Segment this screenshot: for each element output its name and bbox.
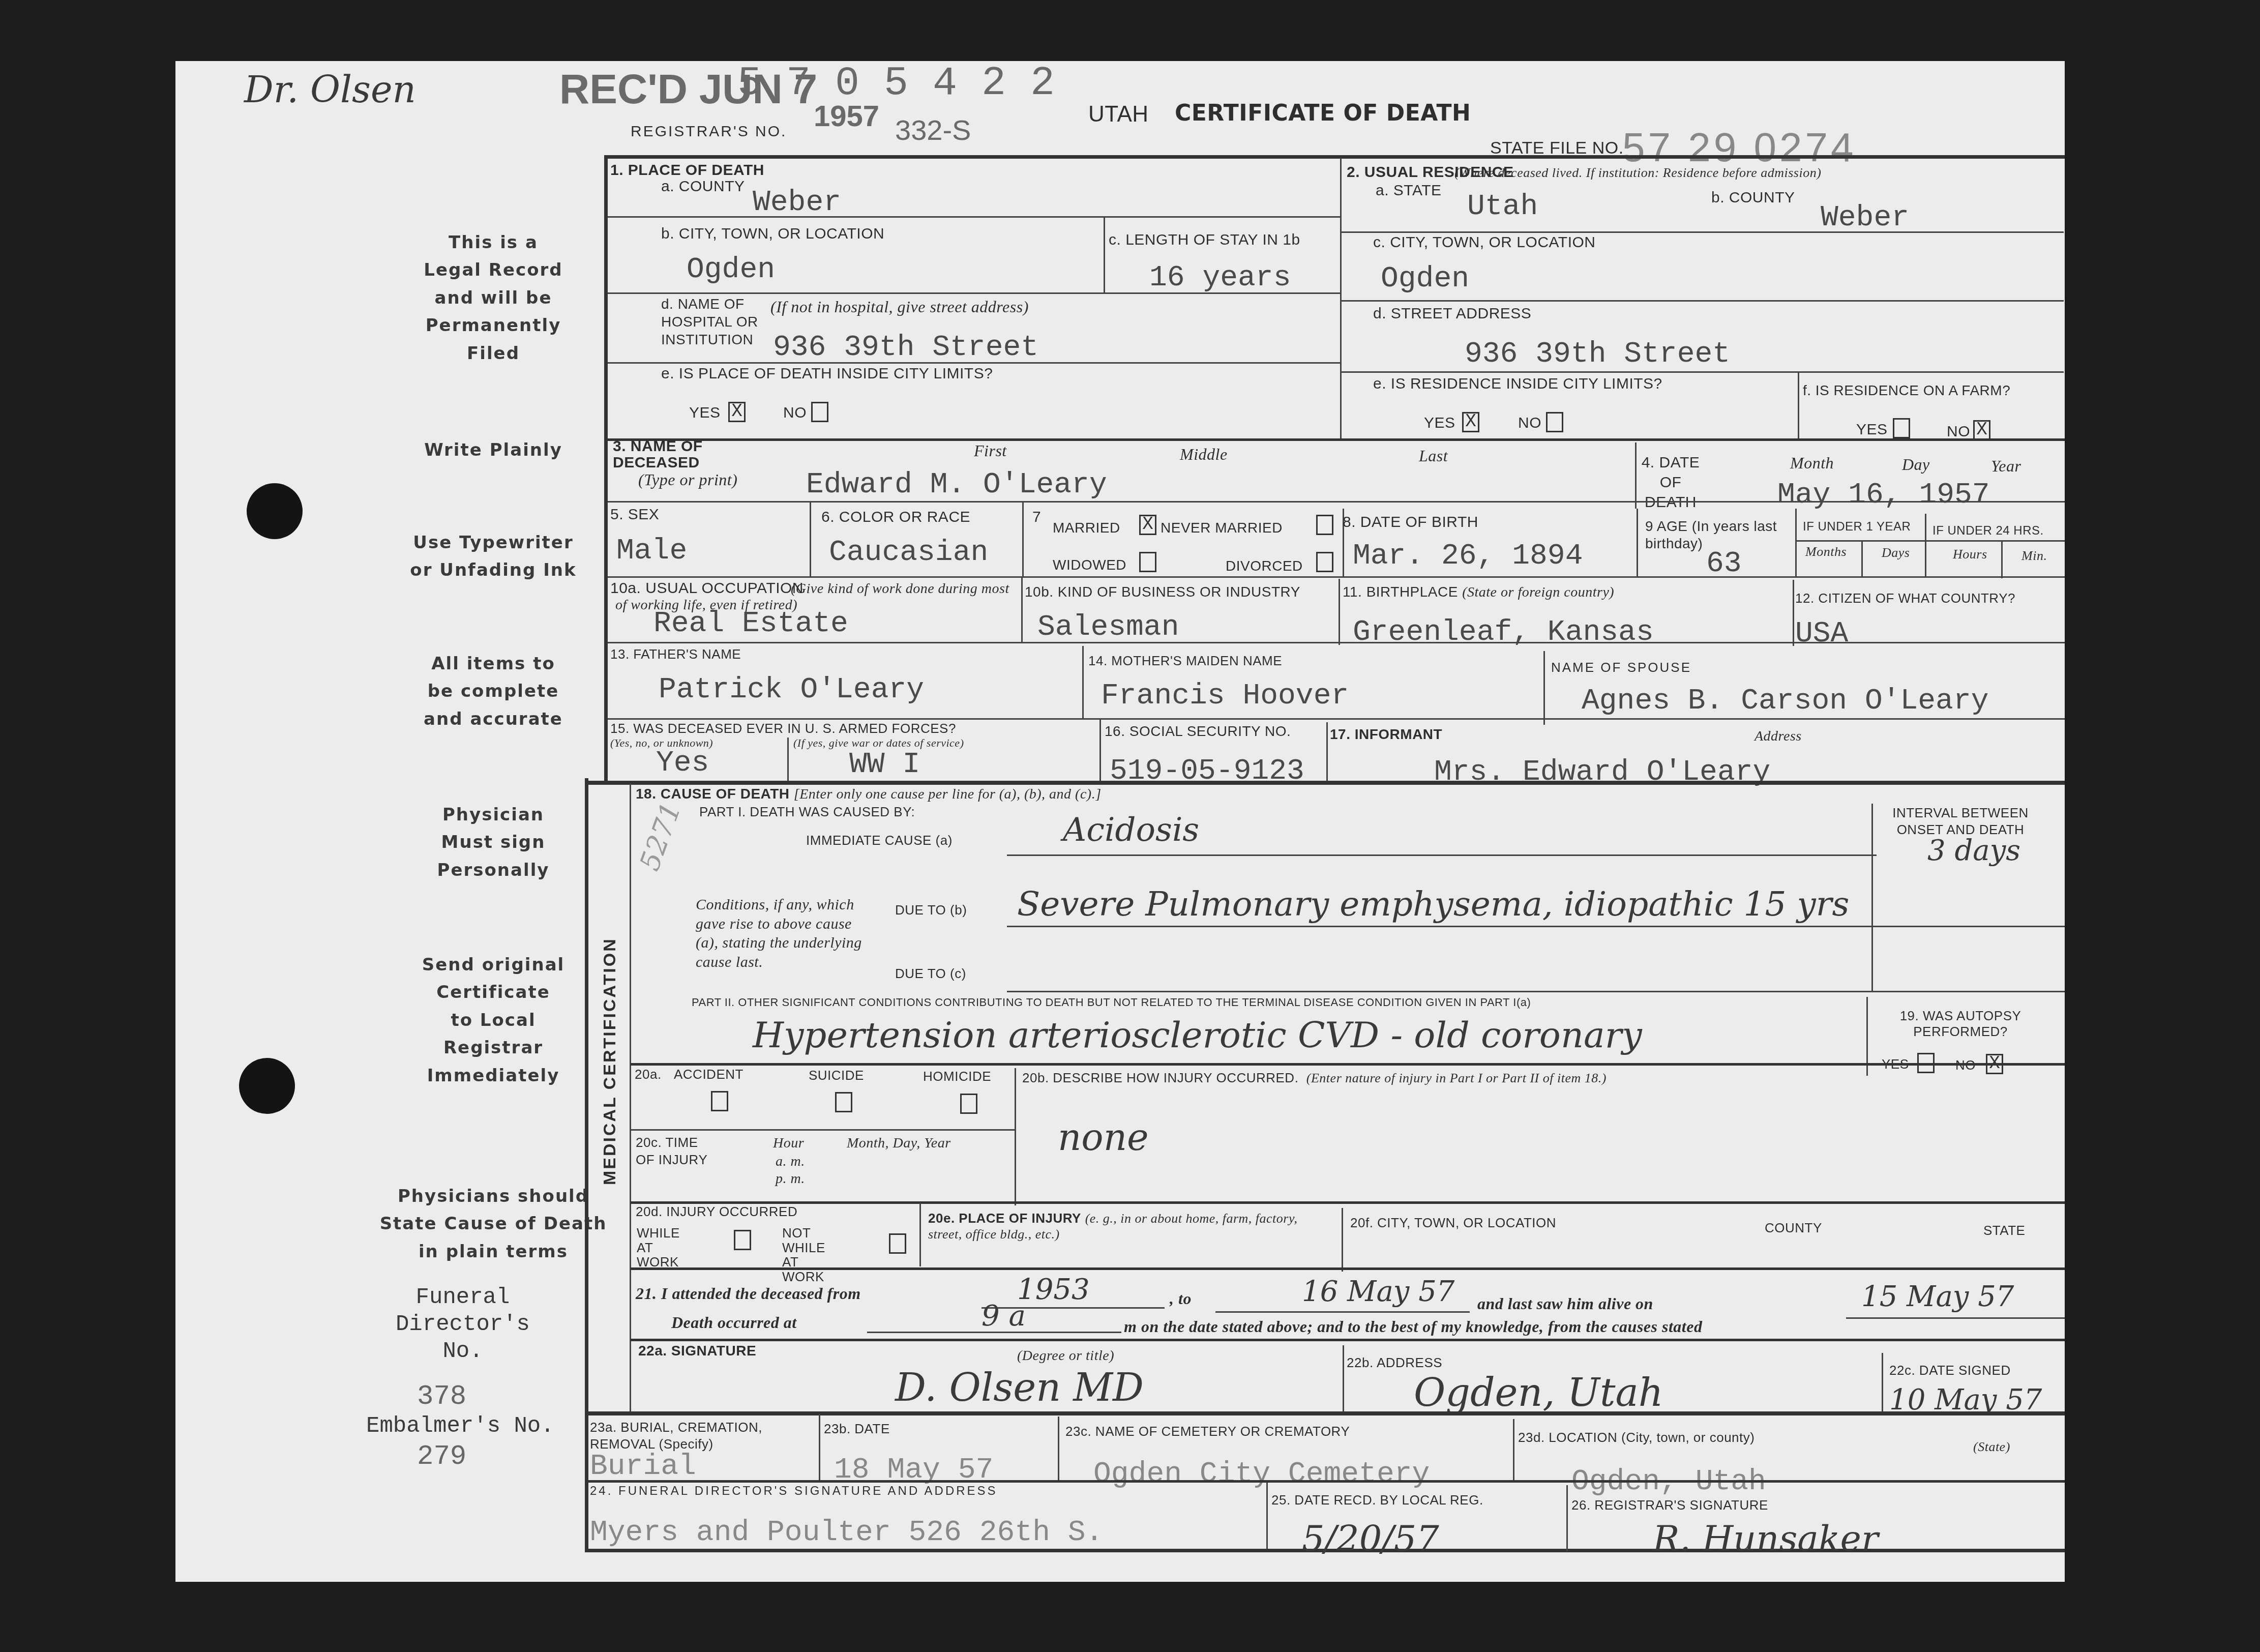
marital-label: 7 <box>1032 509 1041 526</box>
registrar-signature[interactable]: R. Hunsaker <box>1653 1521 1878 1556</box>
place-label: 20e. PLACE OF INJURY (e. g., in or about… <box>928 1211 1335 1242</box>
never-married-checkbox[interactable] <box>1316 515 1333 535</box>
occurred-label: 20d. INJURY OCCURRED <box>636 1204 797 1220</box>
divider-interval <box>1871 804 1873 992</box>
attended-to[interactable]: 16 May 57 <box>1302 1278 1454 1306</box>
due-c-label: DUE TO (c) <box>895 966 966 982</box>
divider-16-17 <box>1326 722 1328 783</box>
burial-location-label: 23d. LOCATION (City, town, or county) <box>1518 1430 1755 1445</box>
inside-city-yes-checkbox[interactable]: X <box>728 402 746 422</box>
farm-label: f. IS RESIDENCE ON A FARM? <box>1803 382 2010 399</box>
attended-from[interactable]: 1953 <box>1017 1276 1090 1304</box>
divider-22a-22b <box>1343 1345 1344 1411</box>
name-hint: (Type or print) <box>638 470 737 489</box>
funeral-director[interactable]: Myers and Poulter 526 26th S. <box>590 1518 1103 1548</box>
divider-8-9 <box>1637 509 1638 577</box>
rule-10-12 <box>608 642 2065 643</box>
registrars-no-label: REGISTRAR'S NO. <box>631 123 787 141</box>
widowed-label: WIDOWED <box>1053 557 1126 573</box>
res-county-value[interactable]: Weber <box>1821 203 1909 233</box>
res-no-label: NO <box>1518 415 1541 432</box>
divorced-checkbox[interactable] <box>1316 552 1333 572</box>
cemetery-label: 23c. NAME OF CEMETERY OR CREMATORY <box>1065 1424 1350 1439</box>
burial-method-label: 23a. BURIAL, CREMATION, REMOVAL (Specify… <box>590 1419 814 1452</box>
injury-county-label: COUNTY <box>1765 1221 1822 1236</box>
address-label: Address <box>1755 728 1802 745</box>
date-signed-label: 22c. DATE SIGNED <box>1889 1363 2011 1378</box>
while-work-label: WHILE AT WORK <box>637 1226 682 1270</box>
usual-residence-hint: (Where deceased lived. If institution: R… <box>1454 165 1821 181</box>
rule-21-to <box>1215 1311 1470 1313</box>
punch-hole-top <box>247 483 303 539</box>
ssn-label: 16. SOCIAL SECURITY NO. <box>1105 723 1291 740</box>
mdy-label: Month, Day, Year <box>847 1135 951 1152</box>
rule-section-3 <box>608 438 2065 441</box>
margin-note-plain-terms: Physicians should State Cause of Death i… <box>376 1183 610 1265</box>
divider-months-days <box>1861 540 1863 577</box>
father-value[interactable]: Patrick O'Leary <box>659 675 924 705</box>
occurred-tail: m on the date stated above; and to the b… <box>1124 1317 1702 1336</box>
divider-20d-20e <box>919 1203 921 1266</box>
widowed-checkbox[interactable] <box>1139 552 1156 572</box>
rule-18c <box>1007 991 2065 992</box>
rule-2d <box>1342 371 2064 373</box>
am-label: a. m. <box>776 1154 805 1170</box>
accident-label: ACCIDENT <box>674 1067 744 1082</box>
year-label: Year <box>1991 457 2021 476</box>
divider-under-1-24 <box>1925 514 1926 577</box>
physician-signature[interactable]: D. Olsen MD <box>895 1368 1144 1407</box>
divider-9-under <box>1795 509 1797 577</box>
margin-note-physician: Physician Must sign Personally <box>397 801 590 884</box>
last-label: Last <box>1419 447 1448 465</box>
rule-section-24 <box>587 1480 2065 1483</box>
suicide-label: SUICIDE <box>809 1068 864 1083</box>
rule-1d <box>608 362 1340 364</box>
rule-18b <box>1007 926 2065 927</box>
rule-1b <box>608 292 1340 294</box>
sex-label: 5. SEX <box>610 506 659 524</box>
farm-yes-label: YES <box>1856 421 1888 439</box>
divider-15-16 <box>1099 720 1101 783</box>
inside-city-no-checkbox[interactable] <box>811 402 828 422</box>
punch-hole-bottom <box>239 1058 295 1114</box>
registrar-label: 26. REGISTRAR'S SIGNATURE <box>1571 1498 1768 1513</box>
county-value[interactable]: Weber <box>753 188 841 218</box>
margin-note-legal: This is a Legal Record and will be Perma… <box>397 229 590 367</box>
date-recd[interactable]: 5/20/57 <box>1302 1521 1439 1556</box>
race-label: 6. COLOR OR RACE <box>821 509 970 526</box>
spouse-label: NAME OF SPOUSE <box>1551 660 1691 675</box>
immediate-label: IMMEDIATE CAUSE (a) <box>806 833 953 848</box>
days-label: Days <box>1882 545 1910 560</box>
divider-5-6 <box>810 501 811 576</box>
armed-forces-value[interactable]: Yes <box>656 749 709 778</box>
funeral-director-no-label: Funeral Director's No. <box>371 1284 554 1365</box>
month-label: Month <box>1790 454 1834 473</box>
accident-checkbox[interactable] <box>711 1091 728 1111</box>
business-value[interactable]: Salesman <box>1037 613 1179 642</box>
business-label: 10b. KIND OF BUSINESS OR INDUSTRY <box>1025 584 1300 600</box>
last-saw-label: and last saw him alive on <box>1477 1294 1653 1313</box>
divider-24-25 <box>1266 1483 1268 1549</box>
sex-value[interactable]: Male <box>616 537 687 566</box>
interval-value[interactable]: 3 days <box>1927 837 2020 865</box>
homicide-label: HOMICIDE <box>923 1069 991 1084</box>
margin-note-typewriter: Use Typewriter or Unfading Ink <box>386 529 600 584</box>
divider-23c-23d <box>1513 1419 1514 1483</box>
res-inside-city-yes-checkbox[interactable]: X <box>1462 412 1479 432</box>
city-label: b. CITY, TOWN, OR LOCATION <box>661 225 884 243</box>
funeral-director-no: 378 <box>417 1383 466 1411</box>
age-value[interactable]: 63 <box>1706 549 1742 579</box>
rule-section-18 <box>587 781 2065 785</box>
deceased-name-label: 3. NAME OF DECEASED <box>613 438 715 470</box>
not-while-work-checkbox[interactable] <box>889 1233 906 1254</box>
occurred-at-label: Death occurred at <box>671 1313 797 1332</box>
married-label: MARRIED <box>1053 520 1120 536</box>
injury-type-label: 20a. <box>635 1067 662 1082</box>
autopsy-label: 19. WAS AUTOPSY PERFORMED? <box>1871 1008 2049 1040</box>
rule-section-20d <box>631 1201 2065 1204</box>
not-while-work-label: NOT WHILE AT WORK <box>782 1226 843 1284</box>
sig-address-label: 22b. ADDRESS <box>1347 1355 1442 1371</box>
under-24-label: IF UNDER 24 HRS. <box>1932 524 2044 538</box>
document-title: CERTIFICATE OF DEATH <box>1175 101 1471 127</box>
war-hint: (If yes, give war or dates of service) <box>793 736 964 749</box>
yes-label: YES <box>689 404 721 422</box>
rule-2c <box>1342 300 2064 302</box>
middle-label: Middle <box>1180 445 1228 464</box>
date-of-death-label: 4. DATE OF DEATH <box>1640 453 1701 512</box>
res-street-label: d. STREET ADDRESS <box>1373 305 1531 323</box>
registrars-no: 332-S <box>895 116 971 144</box>
describe-label: 20b. DESCRIBE HOW INJURY OCCURRED. (Ente… <box>1022 1071 1607 1086</box>
occurred-at[interactable]: 9 a <box>982 1302 1026 1331</box>
res-inside-city-no-checkbox[interactable] <box>1546 412 1563 432</box>
embalmer-no-label: Embalmer's No. <box>366 1415 554 1437</box>
degree-label: (Degree or title) <box>1017 1348 1114 1364</box>
divider-10b-11 <box>1339 579 1340 645</box>
hospital-label: d. NAME OF HOSPITAL OR INSTITUTION <box>661 295 763 348</box>
medical-cert-inner-border <box>630 783 631 1414</box>
funeral-label: 24. FUNERAL DIRECTOR'S SIGNATURE AND ADD… <box>590 1484 998 1498</box>
due-b-cause[interactable]: Severe Pulmonary emphysema, idiopathic 1… <box>1017 888 1849 921</box>
place-of-death-label: 1. PLACE OF DEATH <box>610 162 764 180</box>
married-checkbox[interactable]: X <box>1139 515 1156 535</box>
date-recd-label: 25. DATE RECD. BY LOCAL REG. <box>1271 1493 1483 1508</box>
title-prefix: UTAH <box>1088 102 1149 128</box>
divider-10a-10b <box>1021 576 1023 642</box>
margin-note-write-plainly: Write Plainly <box>397 436 590 464</box>
form-border-top <box>605 155 2065 159</box>
rule-section-21 <box>631 1267 2065 1270</box>
res-street-value[interactable]: 936 39th Street <box>1465 340 1730 369</box>
rule-section-20 <box>631 1063 2065 1066</box>
interval-label: INTERVAL BETWEEN ONSET AND DEATH <box>1877 805 2044 838</box>
last-saw[interactable]: 15 May 57 <box>1861 1283 2014 1311</box>
burial-date-label: 23b. DATE <box>824 1422 890 1437</box>
hospital-value[interactable]: 936 39th Street <box>773 333 1038 363</box>
armed-forces-label: 15. WAS DECEASED EVER IN U. S. ARMED FOR… <box>610 721 956 736</box>
mother-value[interactable]: Francis Hoover <box>1101 682 1349 711</box>
date-signed[interactable]: 10 May 57 <box>1889 1386 2042 1414</box>
res-inside-city-label: e. IS RESIDENCE INSIDE CITY LIMITS? <box>1373 375 1662 393</box>
time-label: 20c. TIME OF INJURY <box>636 1134 712 1169</box>
res-state-value[interactable]: Utah <box>1467 192 1538 222</box>
rule-21-last <box>1846 1317 2065 1319</box>
citizen-value[interactable]: USA <box>1795 619 1848 649</box>
conditions-hint: Conditions, if any, which gave rise to a… <box>696 895 864 971</box>
dob-label: 8. DATE OF BIRTH <box>1343 514 1478 532</box>
divider-14-spouse <box>1543 651 1545 725</box>
form-border-left-lower <box>585 778 588 1551</box>
margin-note-send-original: Send original Certificate to Local Regis… <box>397 951 590 1089</box>
mother-label: 14. MOTHER'S MAIDEN NAME <box>1088 654 1282 669</box>
rule-1a <box>608 216 1340 218</box>
farm-yes-checkbox[interactable] <box>1893 418 1910 438</box>
no-label: NO <box>783 404 807 422</box>
rule-3 <box>608 501 2065 503</box>
divider-22b-22c <box>1882 1353 1883 1414</box>
spouse-value[interactable]: Agnes B. Carson O'Leary <box>1582 687 1989 716</box>
war-value[interactable]: WW I <box>849 750 920 780</box>
rule-section-23 <box>587 1411 2065 1415</box>
divider-1b-1c <box>1104 216 1105 292</box>
first-label: First <box>974 441 1007 460</box>
divider-25-26 <box>1566 1485 1568 1551</box>
due-b-label: DUE TO (b) <box>895 903 967 918</box>
hour-label: Hour <box>773 1135 804 1152</box>
part2-conditions[interactable]: Hypertension arteriosclerotic CVD - old … <box>753 1017 1642 1053</box>
dob-value[interactable]: Mar. 26, 1894 <box>1353 542 1583 571</box>
res-state-label: a. STATE <box>1376 182 1442 200</box>
form-border-left <box>604 155 608 781</box>
divider-11-12 <box>1793 580 1794 646</box>
divider-1-2 <box>1340 158 1342 440</box>
rule-under <box>1795 540 2065 542</box>
embalmer-no: 279 <box>417 1443 466 1471</box>
immediate-cause[interactable]: Acidosis <box>1063 814 1199 846</box>
race-value[interactable]: Caucasian <box>829 538 988 568</box>
citizen-label: 12. CITIZEN OF WHAT COUNTRY? <box>1795 591 2015 606</box>
attended-from-label: 21. I attended the deceased from <box>636 1284 861 1303</box>
rule-20a <box>631 1129 1015 1131</box>
under-1-year-label: IF UNDER 1 YEAR <box>1803 520 1911 534</box>
inside-city-label: e. IS PLACE OF DEATH INSIDE CITY LIMITS? <box>661 365 993 383</box>
divorced-label: DIVORCED <box>1226 558 1303 574</box>
state-file-no: 57 29 0274 <box>1622 127 1856 168</box>
part2-label: PART II. OTHER SIGNIFICANT CONDITIONS CO… <box>692 996 1531 1009</box>
injury-city-label: 20f. CITY, TOWN, OR LOCATION <box>1350 1216 1556 1231</box>
sig-address[interactable]: Ogden, Utah <box>1414 1373 1663 1412</box>
day-label: Day <box>1902 455 1930 474</box>
rule-21-at <box>867 1332 1121 1333</box>
rule-18a <box>1007 854 1877 856</box>
divider-23b-23c <box>1058 1417 1059 1480</box>
describe-value[interactable]: none <box>1058 1119 1149 1156</box>
attended-to-label: , to <box>1170 1289 1192 1308</box>
rule-5-9 <box>608 576 2065 578</box>
deceased-name[interactable]: Edward M. O'Leary <box>806 470 1107 500</box>
handwritten-note-top: Dr. Olsen <box>244 71 416 108</box>
never-married-label: NEVER MARRIED <box>1161 520 1283 536</box>
date-of-death[interactable]: May 16, 1957 <box>1777 481 1990 510</box>
informant-label: 17. INFORMANT <box>1330 726 1442 743</box>
rule-2a <box>1342 231 2064 233</box>
farm-no-checkbox[interactable]: X <box>1973 420 1990 440</box>
stamp-number: 5 7 0 5 4 2 2 <box>737 64 1055 104</box>
homicide-checkbox[interactable] <box>960 1094 977 1114</box>
hospital-hint: (If not in hospital, give street address… <box>770 298 1029 316</box>
divider-13-14 <box>1082 646 1084 720</box>
months-label: Months <box>1805 544 1847 559</box>
hours-label: Hours <box>1953 547 1987 562</box>
stay-label: c. LENGTH OF STAY IN 1b <box>1109 231 1300 249</box>
rule-13-14 <box>608 718 2065 720</box>
rule-section-22 <box>631 1339 2065 1341</box>
city-value[interactable]: Ogden <box>687 255 775 285</box>
cause-label: 18. CAUSE OF DEATH [Enter only one cause… <box>636 786 1102 803</box>
res-city-label: c. CITY, TOWN, OR LOCATION <box>1373 234 1596 252</box>
occupation-value[interactable]: Real Estate <box>653 609 848 639</box>
father-label: 13. FATHER'S NAME <box>610 647 741 662</box>
divider-6-7 <box>1022 501 1024 576</box>
divider-hours-min <box>2001 542 2003 578</box>
stay-value[interactable]: 16 years <box>1149 263 1291 293</box>
signature-label: 22a. SIGNATURE <box>638 1343 756 1359</box>
while-work-checkbox[interactable] <box>734 1230 751 1250</box>
res-city-value[interactable]: Ogden <box>1381 264 1469 294</box>
cemetery[interactable]: Ogden City Cemetery <box>1093 1460 1430 1489</box>
divider-20a-20b <box>1015 1068 1016 1205</box>
medical-certification-label: MEDICAL CERTIFICATION <box>600 937 620 1185</box>
divider-2e-2f <box>1798 371 1799 440</box>
margin-note-complete: All items to be complete and accurate <box>397 650 590 733</box>
divider-15a-15b <box>787 737 789 783</box>
divider-23a-23b <box>819 1414 820 1480</box>
suicide-checkbox[interactable] <box>835 1092 852 1112</box>
pm-label: p. m. <box>776 1171 805 1187</box>
res-county-label: b. COUNTY <box>1711 189 1795 207</box>
injury-state-label: STATE <box>1983 1223 2025 1238</box>
part1-label: PART I. DEATH WAS CAUSED BY: <box>699 805 915 820</box>
divider-3-4 <box>1635 442 1637 509</box>
min-label: Min. <box>2021 548 2047 564</box>
burial-method[interactable]: Burial <box>590 1452 696 1482</box>
birthplace-label: 11. BIRTHPLACE (State or foreign country… <box>1343 584 1614 601</box>
county-label: a. COUNTY <box>661 178 745 196</box>
divider-20e-20f <box>1342 1208 1343 1272</box>
res-yes-label: YES <box>1424 415 1455 432</box>
burial-state-label: (State) <box>1973 1439 2010 1455</box>
